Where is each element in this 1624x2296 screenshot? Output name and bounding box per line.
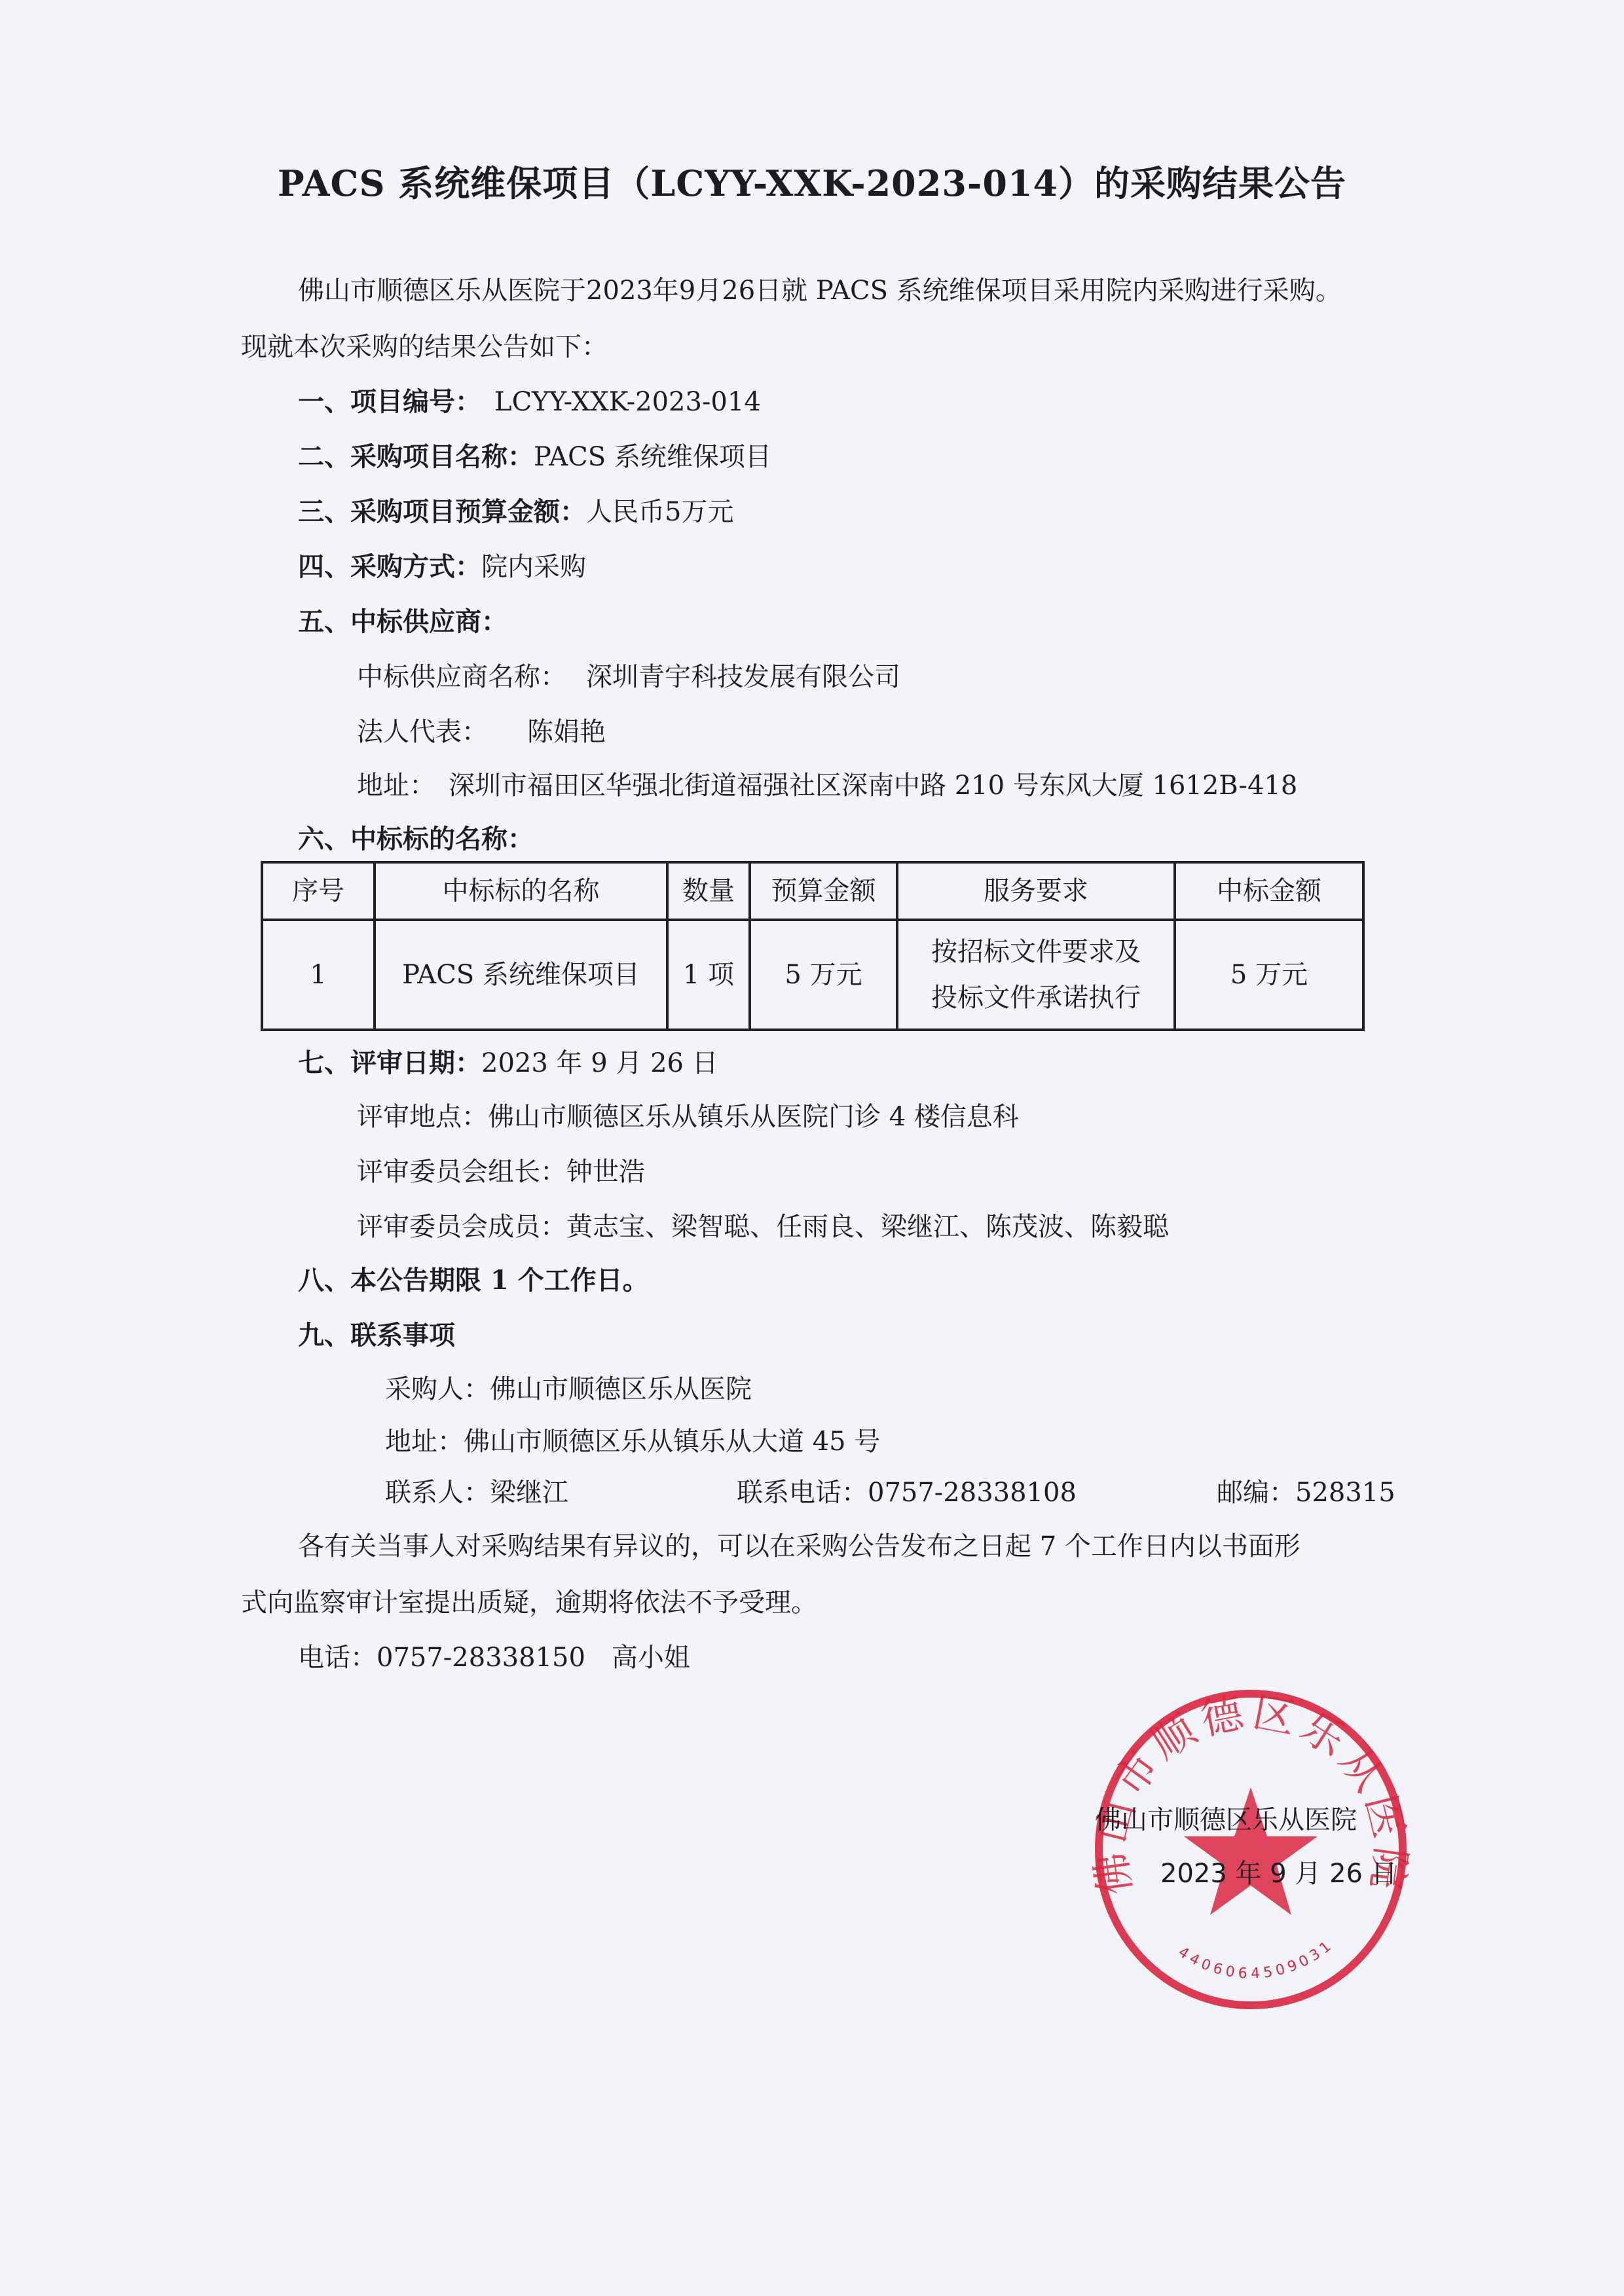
section-label: 四、采购方式： [298,551,481,582]
signature-org: 佛山市顺德区乐从医院 [1095,1799,1357,1836]
section-label: 一、项目编号： [298,386,481,417]
supplier-name-label: 中标供应商名称： [357,662,566,692]
header-service: 服务要求 [897,862,1175,920]
award-table: 序号 中标标的名称 数量 预算金额 服务要求 中标金额 1 PACS 系统维保项… [261,861,1365,1031]
addr-value: 深圳市福田区华强北街道福强社区深南中路 210 号东风大厦 1612B-418 [449,771,1297,801]
contact-phone: 联系电话：0757-28338108 [737,1477,1077,1508]
cell-qty: 1 项 [667,920,750,1030]
method-value: 院内采购 [481,552,586,582]
header-no: 序号 [262,862,375,920]
budget-value: 人民币5万元 [586,497,733,527]
objection-phone: 电话：0757-28338150 高小姐 [298,1642,690,1673]
cell-no: 1 [262,920,375,1030]
section-project-number: 一、项目编号：LCYY-XXK-2023-014 [298,386,761,418]
official-seal-icon: 佛山市顺德区乐从医院 4406064509031 [1080,1676,1421,2016]
cell-name: PACS 系统维保项目 [375,920,667,1030]
seal-code: 4406064509031 [1175,1936,1337,1982]
section-label: 三、采购项目预算金额： [298,496,586,527]
supplier-name-value: 深圳青宇科技发展有限公司 [586,662,900,692]
project-name-value: PACS 系统维保项目 [534,442,771,472]
header-budget: 预算金额 [750,862,897,920]
intro-line-1: 佛山市顺德区乐从医院于2023年9月26日就 PACS 系统维保项目采用院内采购… [298,275,1342,306]
section-project-name: 二、采购项目名称：PACS 系统维保项目 [298,441,771,473]
section-award-heading: 六、中标标的名称： [298,824,534,855]
cell-budget: 5 万元 [750,920,897,1030]
intro-line-2: 现就本次采购的结果公告如下： [241,331,608,363]
header-qty: 数量 [667,862,750,920]
service-line-1: 按招标文件要求及 [898,929,1173,975]
rep-label: 法人代表： [357,717,488,747]
section-contact-heading: 九、联系事项 [298,1320,455,1351]
header-name: 中标标的名称 [375,862,667,920]
page-title: PACS 系统维保项目（LCYY-XXK-2023-014）的采购结果公告 [0,156,1624,206]
section-review-date: 七、评审日期：2023 年 9 月 26 日 [298,1048,718,1079]
contact-person: 联系人：梁继江 [385,1477,568,1508]
objection-line-1: 各有关当事人对采购结果有异议的，可以在采购公告发布之日起 7 个工作日内以书面形 [298,1531,1301,1562]
contact-buyer: 采购人：佛山市顺德区乐从医院 [385,1374,752,1405]
cell-award: 5 万元 [1175,920,1363,1030]
supplier-name: 中标供应商名称：深圳青宇科技发展有限公司 [357,661,900,693]
review-place: 评审地点：佛山市顺德区乐从镇乐从医院门诊 4 楼信息科 [357,1101,1019,1133]
review-leader: 评审委员会组长：钟世浩 [357,1156,645,1188]
contact-postcode: 邮编：528315 [1217,1477,1395,1508]
table-header-row: 序号 中标标的名称 数量 预算金额 服务要求 中标金额 [262,862,1363,920]
section-budget: 三、采购项目预算金额：人民币5万元 [298,496,733,528]
svg-text:4406064509031: 4406064509031 [1175,1936,1337,1982]
section-method: 四、采购方式：院内采购 [298,551,586,583]
addr-label: 地址： [357,771,435,801]
review-members: 评审委员会成员：黄志宝、梁智聪、任雨良、梁继江、陈茂波、陈毅聪 [357,1211,1169,1243]
rep-value: 陈娟艳 [527,717,606,747]
header-award: 中标金额 [1175,862,1363,920]
section-notice-period: 八、本公告期限 1 个工作日。 [298,1265,649,1296]
contact-address: 地址：佛山市顺德区乐从镇乐从大道 45 号 [385,1426,880,1457]
review-date-value: 2023 年 9 月 26 日 [481,1048,718,1078]
table-row: 1 PACS 系统维保项目 1 项 5 万元 按招标文件要求及 投标文件承诺执行… [262,920,1363,1030]
section-supplier-heading: 五、中标供应商： [298,606,507,638]
objection-line-2: 式向监察审计室提出质疑，逾期将依法不予受理。 [241,1587,817,1618]
service-line-2: 投标文件承诺执行 [898,975,1173,1021]
section-label: 二、采购项目名称： [298,441,534,472]
cell-service: 按招标文件要求及 投标文件承诺执行 [897,920,1175,1030]
signature-date: 2023 年 9 月 26 日 [1160,1853,1397,1890]
legal-representative: 法人代表：陈娟艳 [357,716,606,748]
project-number-value: LCYY-XXK-2023-014 [494,387,761,417]
supplier-address: 地址：深圳市福田区华强北街道福强社区深南中路 210 号东风大厦 1612B-4… [357,770,1297,801]
section-label: 七、评审日期： [298,1048,481,1078]
